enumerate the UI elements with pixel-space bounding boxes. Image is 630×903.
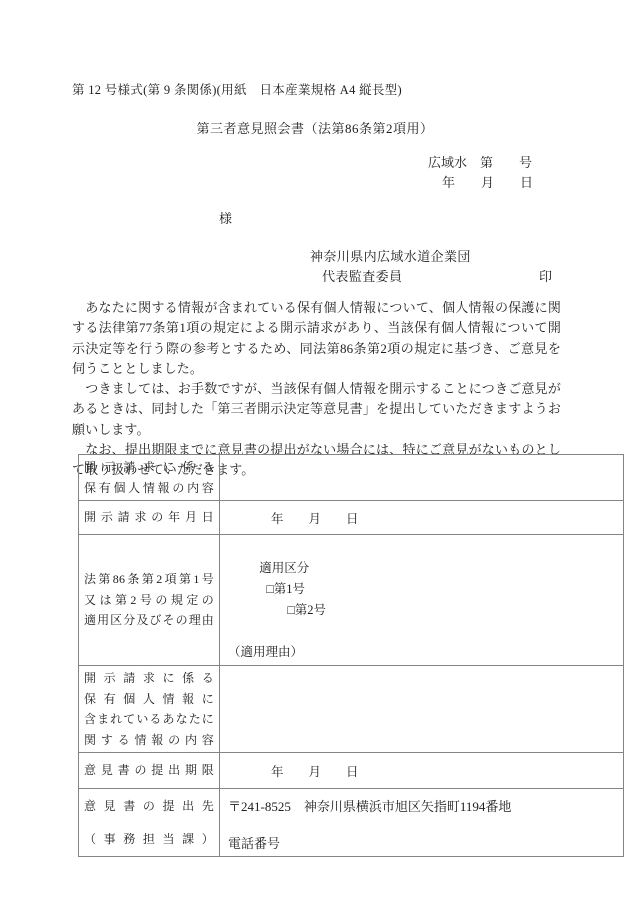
- row-value-date: 年 月 日: [220, 753, 624, 789]
- row-value-empty: [220, 666, 624, 753]
- form-number-line: 第 12 号様式(第 9 条関係)(用紙 日本産業規格 A4 縦長型): [72, 80, 402, 98]
- reason-label: （適用理由）: [228, 642, 615, 663]
- label-line: 開示請求の年月日: [84, 507, 214, 528]
- label-line: 開示請求に係る: [84, 668, 214, 689]
- row-value-date: 年 月 日: [220, 501, 624, 535]
- label-line: （事務担当課）: [84, 829, 214, 850]
- table-row-submission-address: 意見書の提出先 （事務担当課） 〒241-8525 神奈川県横浜市旭区矢指町11…: [79, 789, 624, 857]
- row-label: 意見書の提出期限: [79, 753, 220, 789]
- phone-label: 電話番号: [228, 833, 615, 852]
- row-label: 開示請求の年月日: [79, 501, 220, 535]
- label-line: 保有個人情報に: [84, 689, 214, 710]
- label-line: 保有個人情報の内容: [84, 478, 214, 499]
- checkbox-option-no2: □第2号: [287, 600, 326, 621]
- row-label: 開示請求に係る 保有個人情報に 含まれているあなたに 関する情報の内容: [79, 666, 220, 753]
- inquiry-table: 開示請求に係る 保有個人情報の内容 開示請求の年月日 年 月 日 法第86条第2…: [78, 454, 624, 857]
- row-label: 開示請求に係る 保有個人情報の内容: [79, 455, 220, 501]
- address-block: 〒241-8525 神奈川県横浜市旭区矢指町1194番地 電話番号: [228, 793, 615, 853]
- table-row-your-information: 開示請求に係る 保有個人情報に 含まれているあなたに 関する情報の内容: [79, 666, 624, 753]
- row-value-address: 〒241-8525 神奈川県横浜市旭区矢指町1194番地 電話番号: [220, 789, 624, 857]
- table-row-applicability: 法第86条第2項第1号 又は第2号の規定の 適用区分及びその理由 適用区分 □第…: [79, 535, 624, 666]
- body-paragraph-1: あなたに関する情報が含まれている保有個人情報について、個人情報の保護に関する法律…: [72, 298, 561, 379]
- row-value-applicability: 適用区分 □第1号 □第2号 （適用理由）: [220, 535, 624, 666]
- label-line: 関する情報の内容: [84, 730, 214, 751]
- postal-address: 〒241-8525 神奈川県横浜市旭区矢指町1194番地: [228, 796, 615, 815]
- label-line: 適用区分及びその理由: [84, 610, 214, 631]
- label-line: 意見書の提出先: [84, 796, 214, 817]
- table-row-submission-deadline: 意見書の提出期限 年 月 日: [79, 753, 624, 789]
- label-line: 又は第2号の規定の: [84, 590, 214, 611]
- issuer-organization: 神奈川県内広域水道企業団: [310, 246, 471, 265]
- row-label: 意見書の提出先 （事務担当課）: [79, 789, 220, 857]
- row-value-empty: [220, 455, 624, 501]
- document-number-line: 広域水 第 号: [428, 152, 532, 171]
- table-row-request-date: 開示請求の年月日 年 月 日: [79, 501, 624, 535]
- checkbox-option-no1: □第1号: [266, 579, 305, 600]
- row-label: 法第86条第2項第1号 又は第2号の規定の 適用区分及びその理由: [79, 535, 220, 666]
- issuer-representative: 代表監査委員: [322, 266, 402, 285]
- label-line: 含まれているあなたに: [84, 709, 214, 730]
- document-date-line: 年 月 日: [442, 172, 533, 191]
- label-lines-spread: 意見書の提出先 （事務担当課）: [84, 794, 214, 852]
- label-line: 法第86条第2項第1号: [84, 569, 214, 590]
- document-page: { "colors": { "ink": "#1d1d1d", "table_b…: [0, 0, 630, 903]
- label-line: 開示請求に係る: [84, 457, 214, 478]
- category-label: 適用区分: [259, 561, 309, 575]
- recipient-name-suffix: 様: [219, 208, 232, 227]
- seal-mark: 印: [539, 266, 552, 285]
- document-title: 第三者意見照会書（法第86条第2項用）: [0, 118, 630, 137]
- table-row-request-content: 開示請求に係る 保有個人情報の内容: [79, 455, 624, 501]
- applicability-options-line: 適用区分 □第1号 □第2号: [228, 537, 615, 642]
- label-line: 意見書の提出期限: [84, 760, 214, 781]
- body-paragraph-2: つきましては、お手数ですが、当該保有個人情報を開示することにつきご意見があるとき…: [72, 379, 561, 440]
